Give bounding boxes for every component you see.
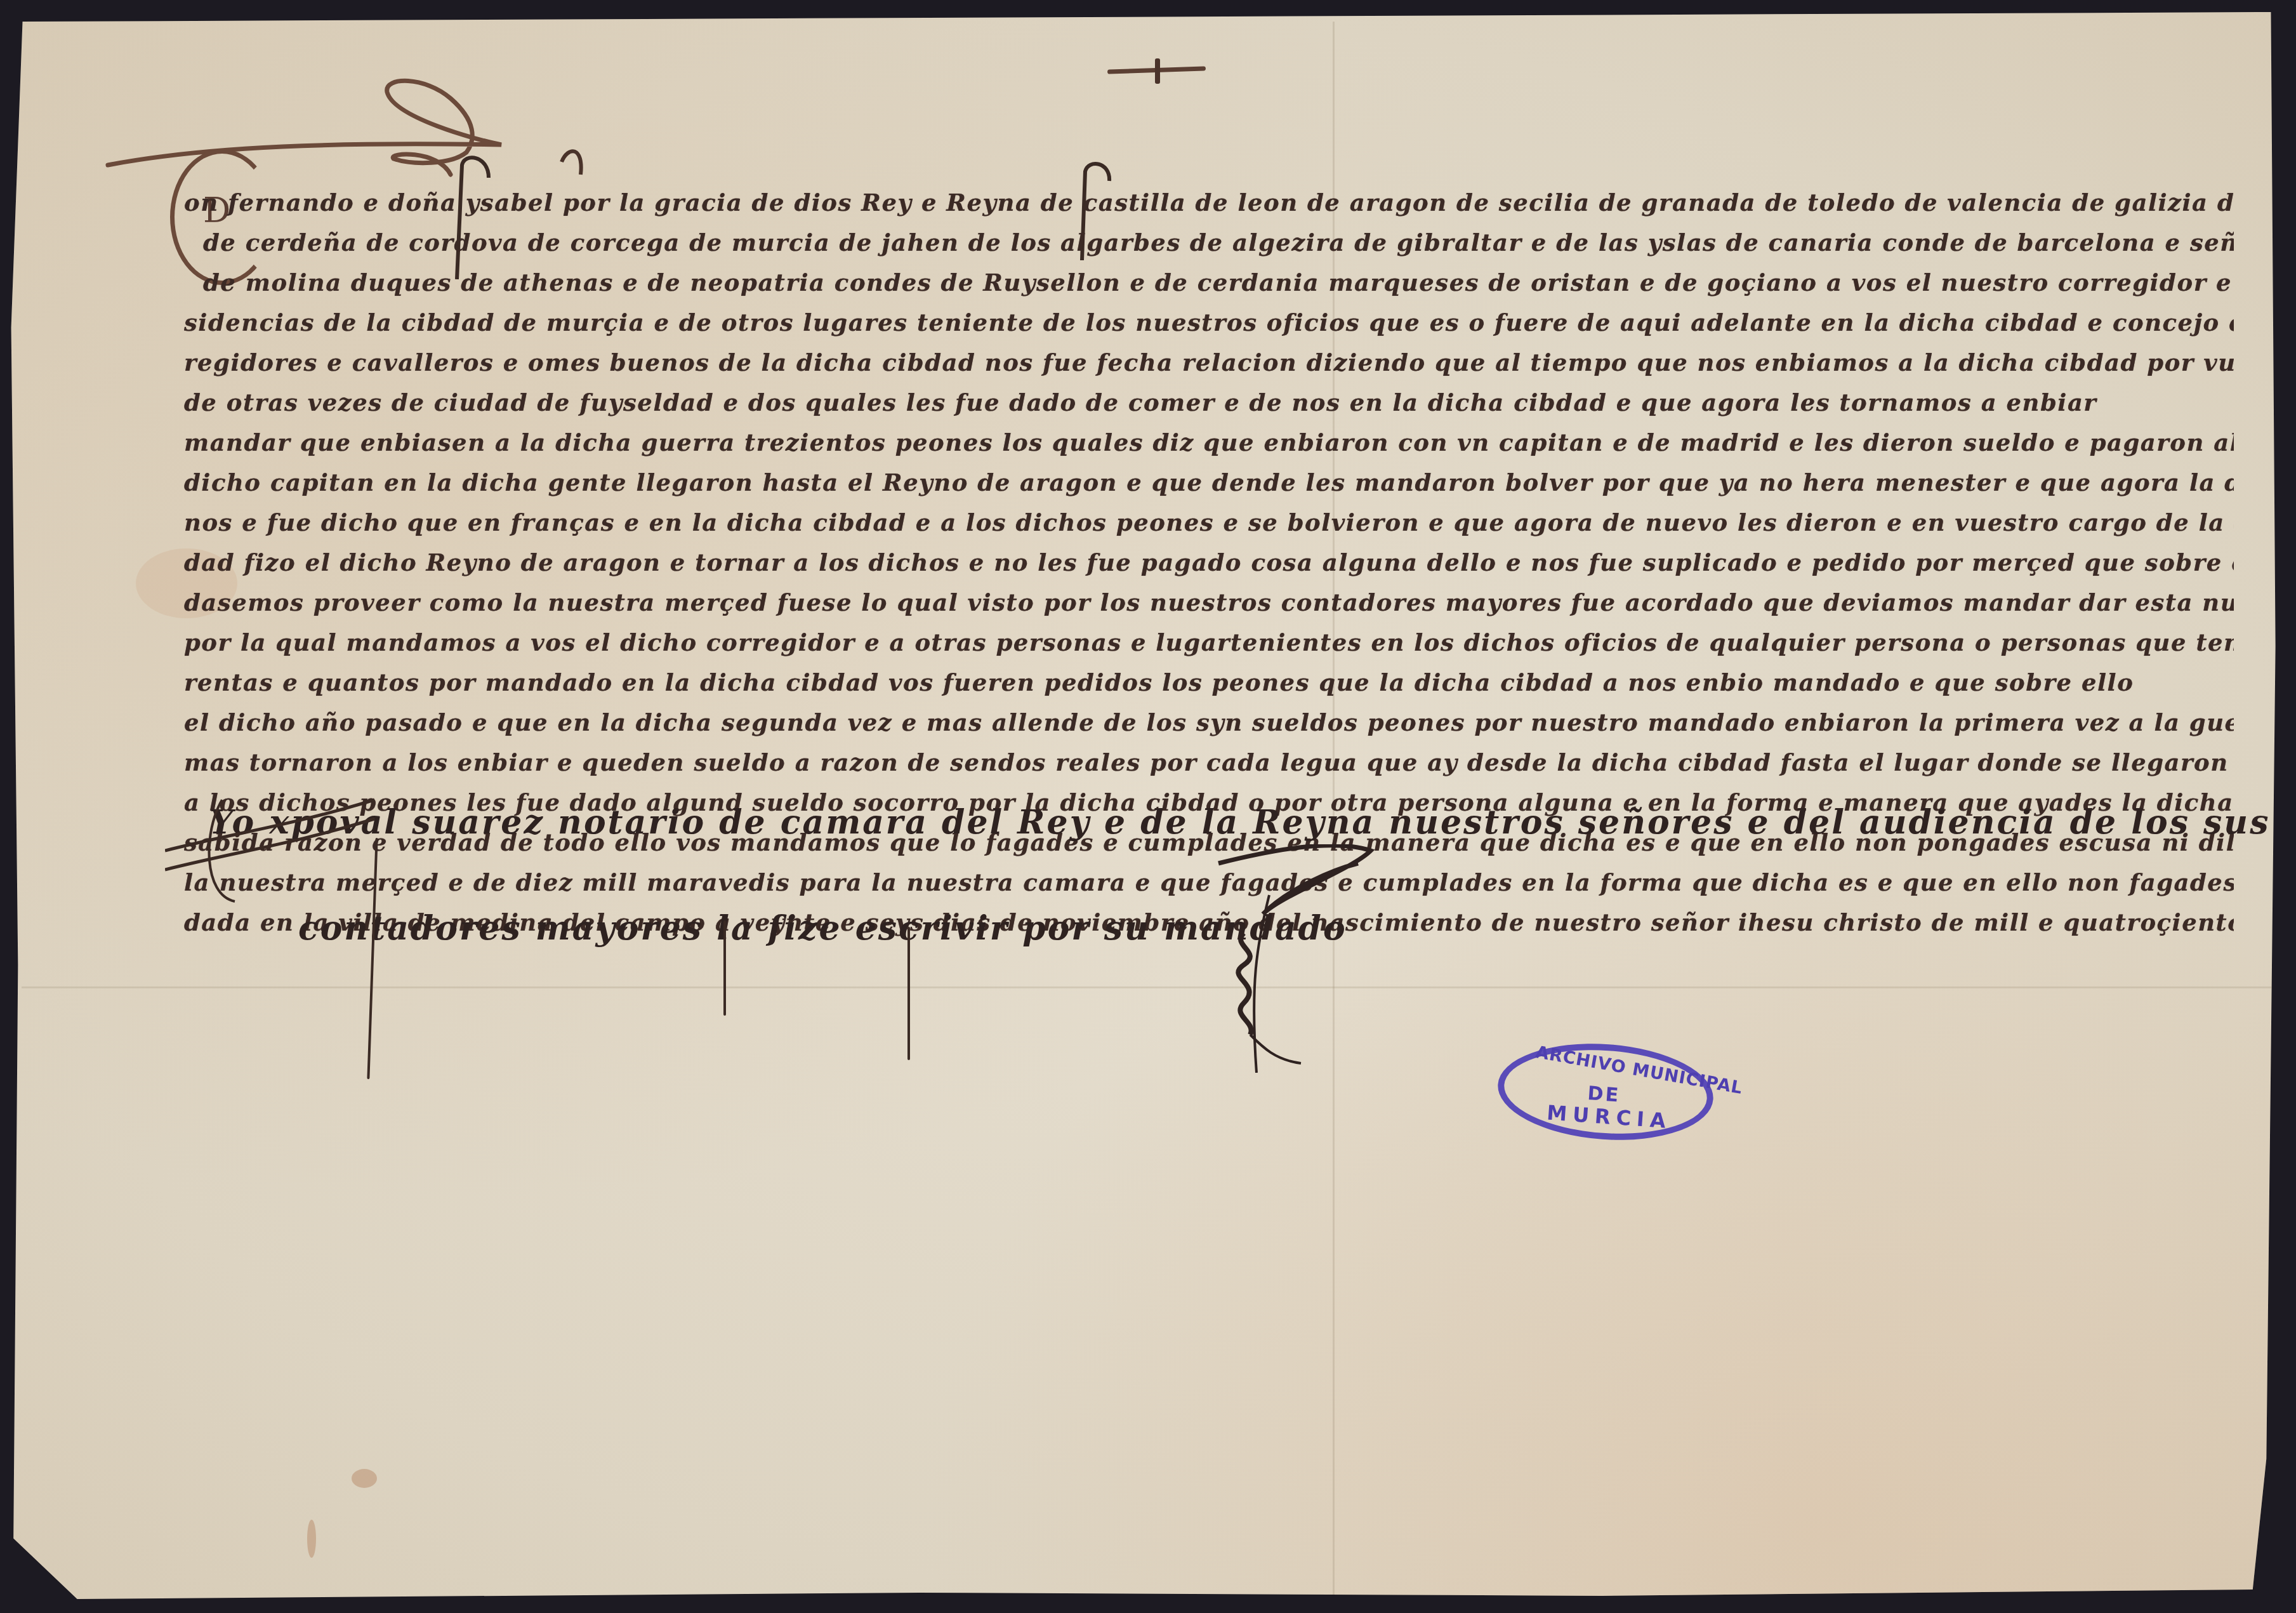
text-line: mandar que enbiasen a la dicha guerra tr… xyxy=(184,423,2234,463)
notary-subscription-line-1: Yo xpoval suarez notario de camara del R… xyxy=(209,803,2270,842)
horizontal-fold-crease xyxy=(22,986,2281,988)
signature-stroke xyxy=(723,920,726,1016)
text-line: el dicho año pasado e que en la dicha se… xyxy=(184,703,2234,743)
opening-flourish-icon xyxy=(95,63,603,190)
text-line: de molina duques de athenas e de neopatr… xyxy=(184,263,2234,303)
ink-stain xyxy=(352,1469,377,1488)
ink-stain xyxy=(307,1520,316,1558)
signature-stroke xyxy=(907,927,910,1060)
signature-flourish-icon xyxy=(165,781,381,908)
text-line: mas tornaron a los enbiar e queden sueld… xyxy=(184,743,2234,783)
text-line: on fernando e doña ysabel por la gracia … xyxy=(184,183,2234,223)
text-line: sidencias de la cibdad de murçia e de ot… xyxy=(184,303,2234,343)
text-line: regidores e cavalleros e omes buenos de … xyxy=(184,343,2234,383)
notary-subscription-line-2: contadores mayores la fize escrivir por … xyxy=(298,909,1347,948)
text-line: dad fizo el dicho Reyno de aragon e torn… xyxy=(184,543,2234,583)
text-line: rentas e quantos por mandado en la dicha… xyxy=(184,663,2234,703)
cross-mark xyxy=(1107,58,1206,84)
text-line: de cerdeña de cordova de corcega de murc… xyxy=(184,223,2234,263)
stamp-line-3: MURCIA xyxy=(1546,1101,1672,1134)
notary-rubric-icon xyxy=(1206,844,1396,1073)
text-line: dicho capitan en la dicha gente llegaron… xyxy=(184,463,2234,503)
text-line: por la qual mandamos a vos el dicho corr… xyxy=(184,623,2234,663)
text-line: nos e fue dicho que en franças e en la d… xyxy=(184,503,2234,543)
text-line: de otras vezes de ciudad de fuyseldad e … xyxy=(184,383,2234,423)
text-line: dasemos proveer como la nuestra merçed f… xyxy=(184,583,2234,623)
